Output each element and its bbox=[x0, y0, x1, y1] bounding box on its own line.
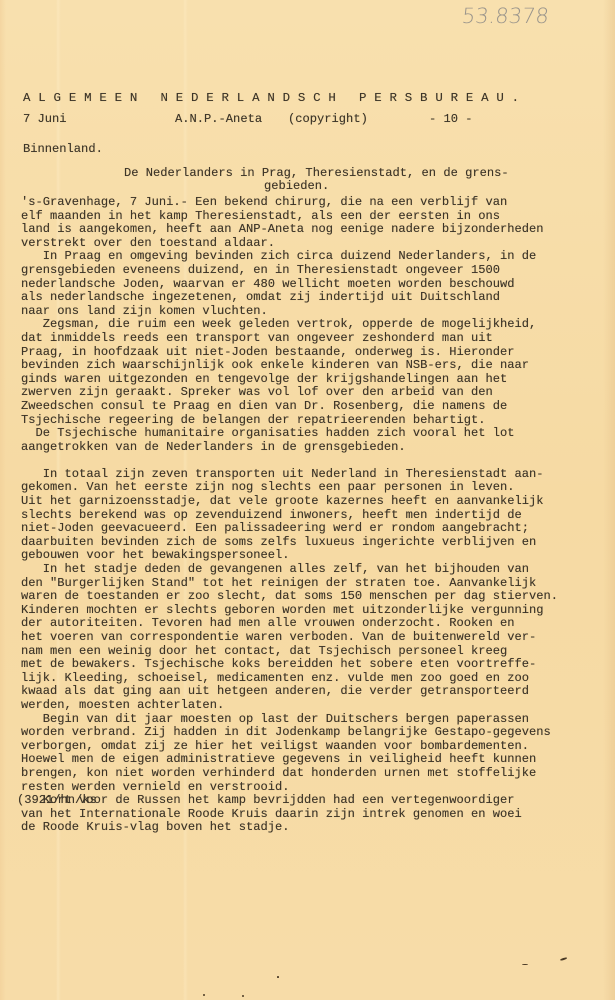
body-line: nam men een weinig door het contact, dat… bbox=[21, 645, 558, 659]
archive-number-handwritten: 53.8378 bbox=[461, 4, 550, 28]
body-line: Tsjechische regeering de belangen der re… bbox=[21, 414, 558, 428]
body-line: werden, moesten achterlaten. bbox=[21, 699, 558, 713]
paper-speck bbox=[203, 994, 205, 996]
body-line: Zweedschen consul te Praag en dien van D… bbox=[21, 400, 558, 414]
copyright-notice: (copyright) bbox=[288, 113, 368, 127]
body-line: verborgen, omdat zij ze hier het veiligs… bbox=[21, 740, 558, 754]
body-line: Kinderen mochten er slechts geboren word… bbox=[21, 604, 558, 618]
body-line: Praag, in hoofdzaak uit niet-Joden besta… bbox=[21, 346, 558, 360]
dateline-row: 7 Juni A.N.P.-Aneta (copyright) - 10 - bbox=[23, 113, 583, 129]
body-line: De Tsjechische humanitaire organisaties … bbox=[21, 427, 558, 441]
body-line: brengen, kon niet worden verhinderd dat … bbox=[21, 767, 558, 781]
news-source: A.N.P.-Aneta bbox=[175, 113, 262, 127]
paper-speck bbox=[522, 964, 528, 965]
body-line: lijk. Kleeding, schoeisel, medicamenten … bbox=[21, 672, 558, 686]
paper-speck bbox=[242, 995, 244, 997]
body-line: zwerven zijn geraakt. Spreker was vol lo… bbox=[21, 386, 558, 400]
body-line: waren de toestanden er zoo slecht, dat s… bbox=[21, 590, 558, 604]
body-line: verstrekt over den toestand aldaar. bbox=[21, 237, 558, 251]
body-line: ginds waren uitgezonden en tengevolge de… bbox=[21, 373, 558, 387]
body-line: worden verbrand. Zij hadden in dit Joden… bbox=[21, 726, 558, 740]
body-line: nederlandsche Joden, waarvan er 480 well… bbox=[21, 278, 558, 292]
body-line: In het stadje deden de gevangenen alles … bbox=[21, 563, 558, 577]
body-line: resten werden vernield en verstrooid. bbox=[21, 781, 558, 795]
agency-header: A L G E M E E N N E D E R L A N D S C H … bbox=[23, 92, 519, 106]
body-line: van het Internationale Roode Kruis daari… bbox=[21, 808, 558, 822]
body-line: Begin van dit jaar moesten op last der D… bbox=[21, 713, 558, 727]
body-line: den "Burgerlijken Stand" tot het reinige… bbox=[21, 577, 558, 591]
body-line: gebouwen voor het bewakingspersoneel. bbox=[21, 549, 558, 563]
body-line: Hoewel men de eigen administratieve gege… bbox=[21, 753, 558, 767]
body-line: gekomen. Van het eerste zijn nog slechts… bbox=[21, 481, 558, 495]
body-line: niet-Joden geevacueerd. Een palissadeeri… bbox=[21, 522, 558, 536]
body-line: het voeren van correspondentie waren ver… bbox=[21, 631, 558, 645]
dispatch-date: 7 Juni bbox=[23, 113, 67, 127]
body-line: Kort voor de Russen het kamp bevrijdden … bbox=[21, 794, 558, 808]
body-line: de Roode Kruis-vlag boven het stadje. bbox=[21, 821, 558, 835]
body-line: dat inmiddels reeds een transport van on… bbox=[21, 332, 558, 346]
body-line: aangetrokken van de Nederlanders in de g… bbox=[21, 441, 558, 455]
paper-speck bbox=[277, 976, 279, 978]
body-line: naar ons land zijn komen vluchten. bbox=[21, 305, 558, 319]
body-line: Zegsman, die ruim een week geleden vertr… bbox=[21, 318, 558, 332]
body-line: als nederlandsche ingezetenen, omdat zij… bbox=[21, 291, 558, 305]
article-body: 's-Gravenhage, 7 Juni.- Een bekend chiru… bbox=[21, 196, 558, 835]
body-line: 's-Gravenhage, 7 Juni.- Een bekend chiru… bbox=[21, 196, 558, 210]
body-line: daarbuiten bevinden zich de soms zelfs l… bbox=[21, 536, 558, 550]
page-number: - 10 - bbox=[429, 113, 473, 127]
body-line: grensgebieden eveneens duizend, en in Th… bbox=[21, 264, 558, 278]
body-line: bevinden zich waarschijnlijk ook enkele … bbox=[21, 359, 558, 373]
body-line: elf maanden in het kamp Theresienstadt, … bbox=[21, 210, 558, 224]
body-line: Uit het garnizoensstadje, dat vele groot… bbox=[21, 495, 558, 509]
signoff-code: (3921/hn/ks bbox=[17, 794, 97, 808]
body-line: In Praag en omgeving bevinden zich circa… bbox=[21, 250, 558, 264]
section-label: Binnenland. bbox=[23, 143, 103, 157]
body-line: der autoriteiten. Tevoren had men alle v… bbox=[21, 617, 558, 631]
body-line: land is aangekomen, heeft aan ANP-Aneta … bbox=[21, 223, 558, 237]
body-line: In totaal zijn zeven transporten uit Ned… bbox=[21, 468, 558, 482]
article-title-continued: gebieden. bbox=[264, 180, 329, 194]
body-line bbox=[21, 454, 558, 468]
body-line: slechts berekend was op zevenduizend inw… bbox=[21, 509, 558, 523]
body-line: kwaad als dat ging aan uit hetgeen ander… bbox=[21, 685, 558, 699]
body-line: met de bewakers. Tsjechische koks bereid… bbox=[21, 658, 558, 672]
